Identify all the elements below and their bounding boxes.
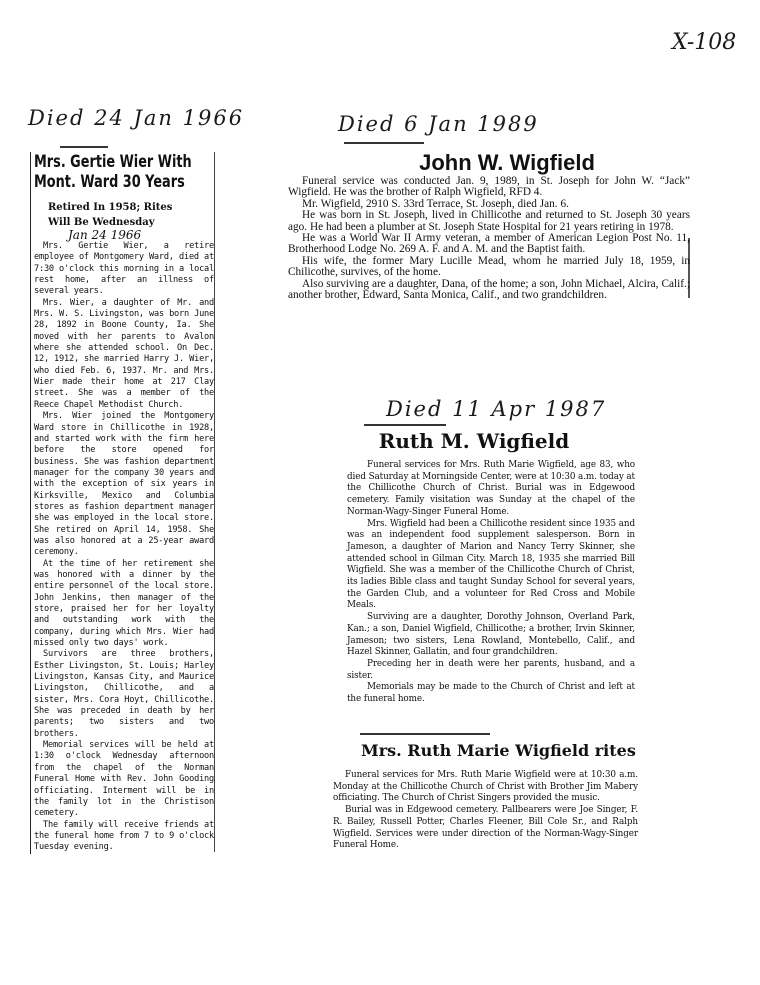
death-date-note-1966: Died 24 Jan 1966: [28, 106, 244, 130]
underline: [344, 142, 424, 144]
article-body: Funeral services for Mrs. Ruth Marie Wig…: [347, 460, 635, 706]
article-body: Mrs. Gertie Wier, a retire employee of M…: [34, 241, 214, 854]
paragraph: Memorial services will be held at 1:30 o…: [34, 740, 214, 819]
paragraph: He was born in St. Joseph, lived in Chil…: [288, 210, 690, 233]
article-ruth-wigfield-rites: Mrs. Ruth Marie Wigfield rites Funeral s…: [333, 740, 638, 852]
paragraph: Mrs. Gertie Wier, a retire employee of M…: [34, 241, 214, 298]
paragraph: Also surviving are a daughter, Dana, of …: [288, 279, 690, 302]
reference-number: X-108: [672, 30, 736, 55]
paragraph: Survivors are three brothers, Esther Liv…: [34, 649, 214, 740]
subheadline-line-1: Retired In 1958; Rites: [48, 200, 214, 215]
paragraph: Mrs. Wier joined the Montgomery Ward sto…: [34, 411, 214, 558]
divider: [360, 733, 490, 735]
underline: [364, 424, 446, 426]
paragraph: He was a World War II Army veteran, a me…: [288, 233, 690, 256]
headline: John W. Wigfield: [324, 150, 690, 176]
paragraph: Funeral services for Mrs. Ruth Marie Wig…: [347, 460, 635, 519]
paragraph: The family will receive friends at the f…: [34, 820, 214, 854]
underline: [60, 146, 108, 148]
headline-line-1: Mrs. Gertie Wier With: [34, 152, 174, 172]
paragraph: Mrs. Wier, a daughter of Mr. and Mrs. W.…: [34, 298, 214, 411]
paragraph: Burial was in Edgewood cemetery. Pallbea…: [333, 805, 638, 852]
paragraph: Memorials may be made to the Church of C…: [347, 682, 635, 705]
handwritten-date: Jan 24 1966: [68, 230, 214, 241]
paragraph: Preceding her in death were her parents,…: [347, 659, 635, 682]
headline: Ruth M. Wigfield: [313, 428, 635, 454]
paragraph: Mrs. Wigfield had been a Chillicothe res…: [347, 519, 635, 613]
paragraph: Funeral service was conducted Jan. 9, 19…: [288, 176, 690, 199]
column-rule: [214, 152, 215, 852]
article-body: Funeral services for Mrs. Ruth Marie Wig…: [333, 770, 638, 852]
paragraph: Funeral services for Mrs. Ruth Marie Wig…: [333, 770, 638, 805]
article-gertie-wier: Mrs. Gertie Wier With Mont. Ward 30 Year…: [30, 152, 214, 854]
death-date-note-1989: Died 6 Jan 1989: [338, 112, 539, 136]
paragraph: His wife, the former Mary Lucille Mead, …: [288, 256, 690, 279]
headline-line-2: Mont. Ward 30 Years: [34, 172, 174, 192]
paragraph: Surviving are a daughter, Dorothy Johnso…: [347, 612, 635, 659]
paragraph: At the time of her retirement she was ho…: [34, 559, 214, 650]
article-ruth-wigfield: Ruth M. Wigfield Funeral services for Mr…: [347, 428, 635, 706]
headline: Mrs. Ruth Marie Wigfield rites: [361, 740, 638, 762]
article-john-wigfield: John W. Wigfield Funeral service was con…: [288, 150, 690, 301]
death-date-note-1987: Died 11 Apr 1987: [386, 397, 606, 421]
